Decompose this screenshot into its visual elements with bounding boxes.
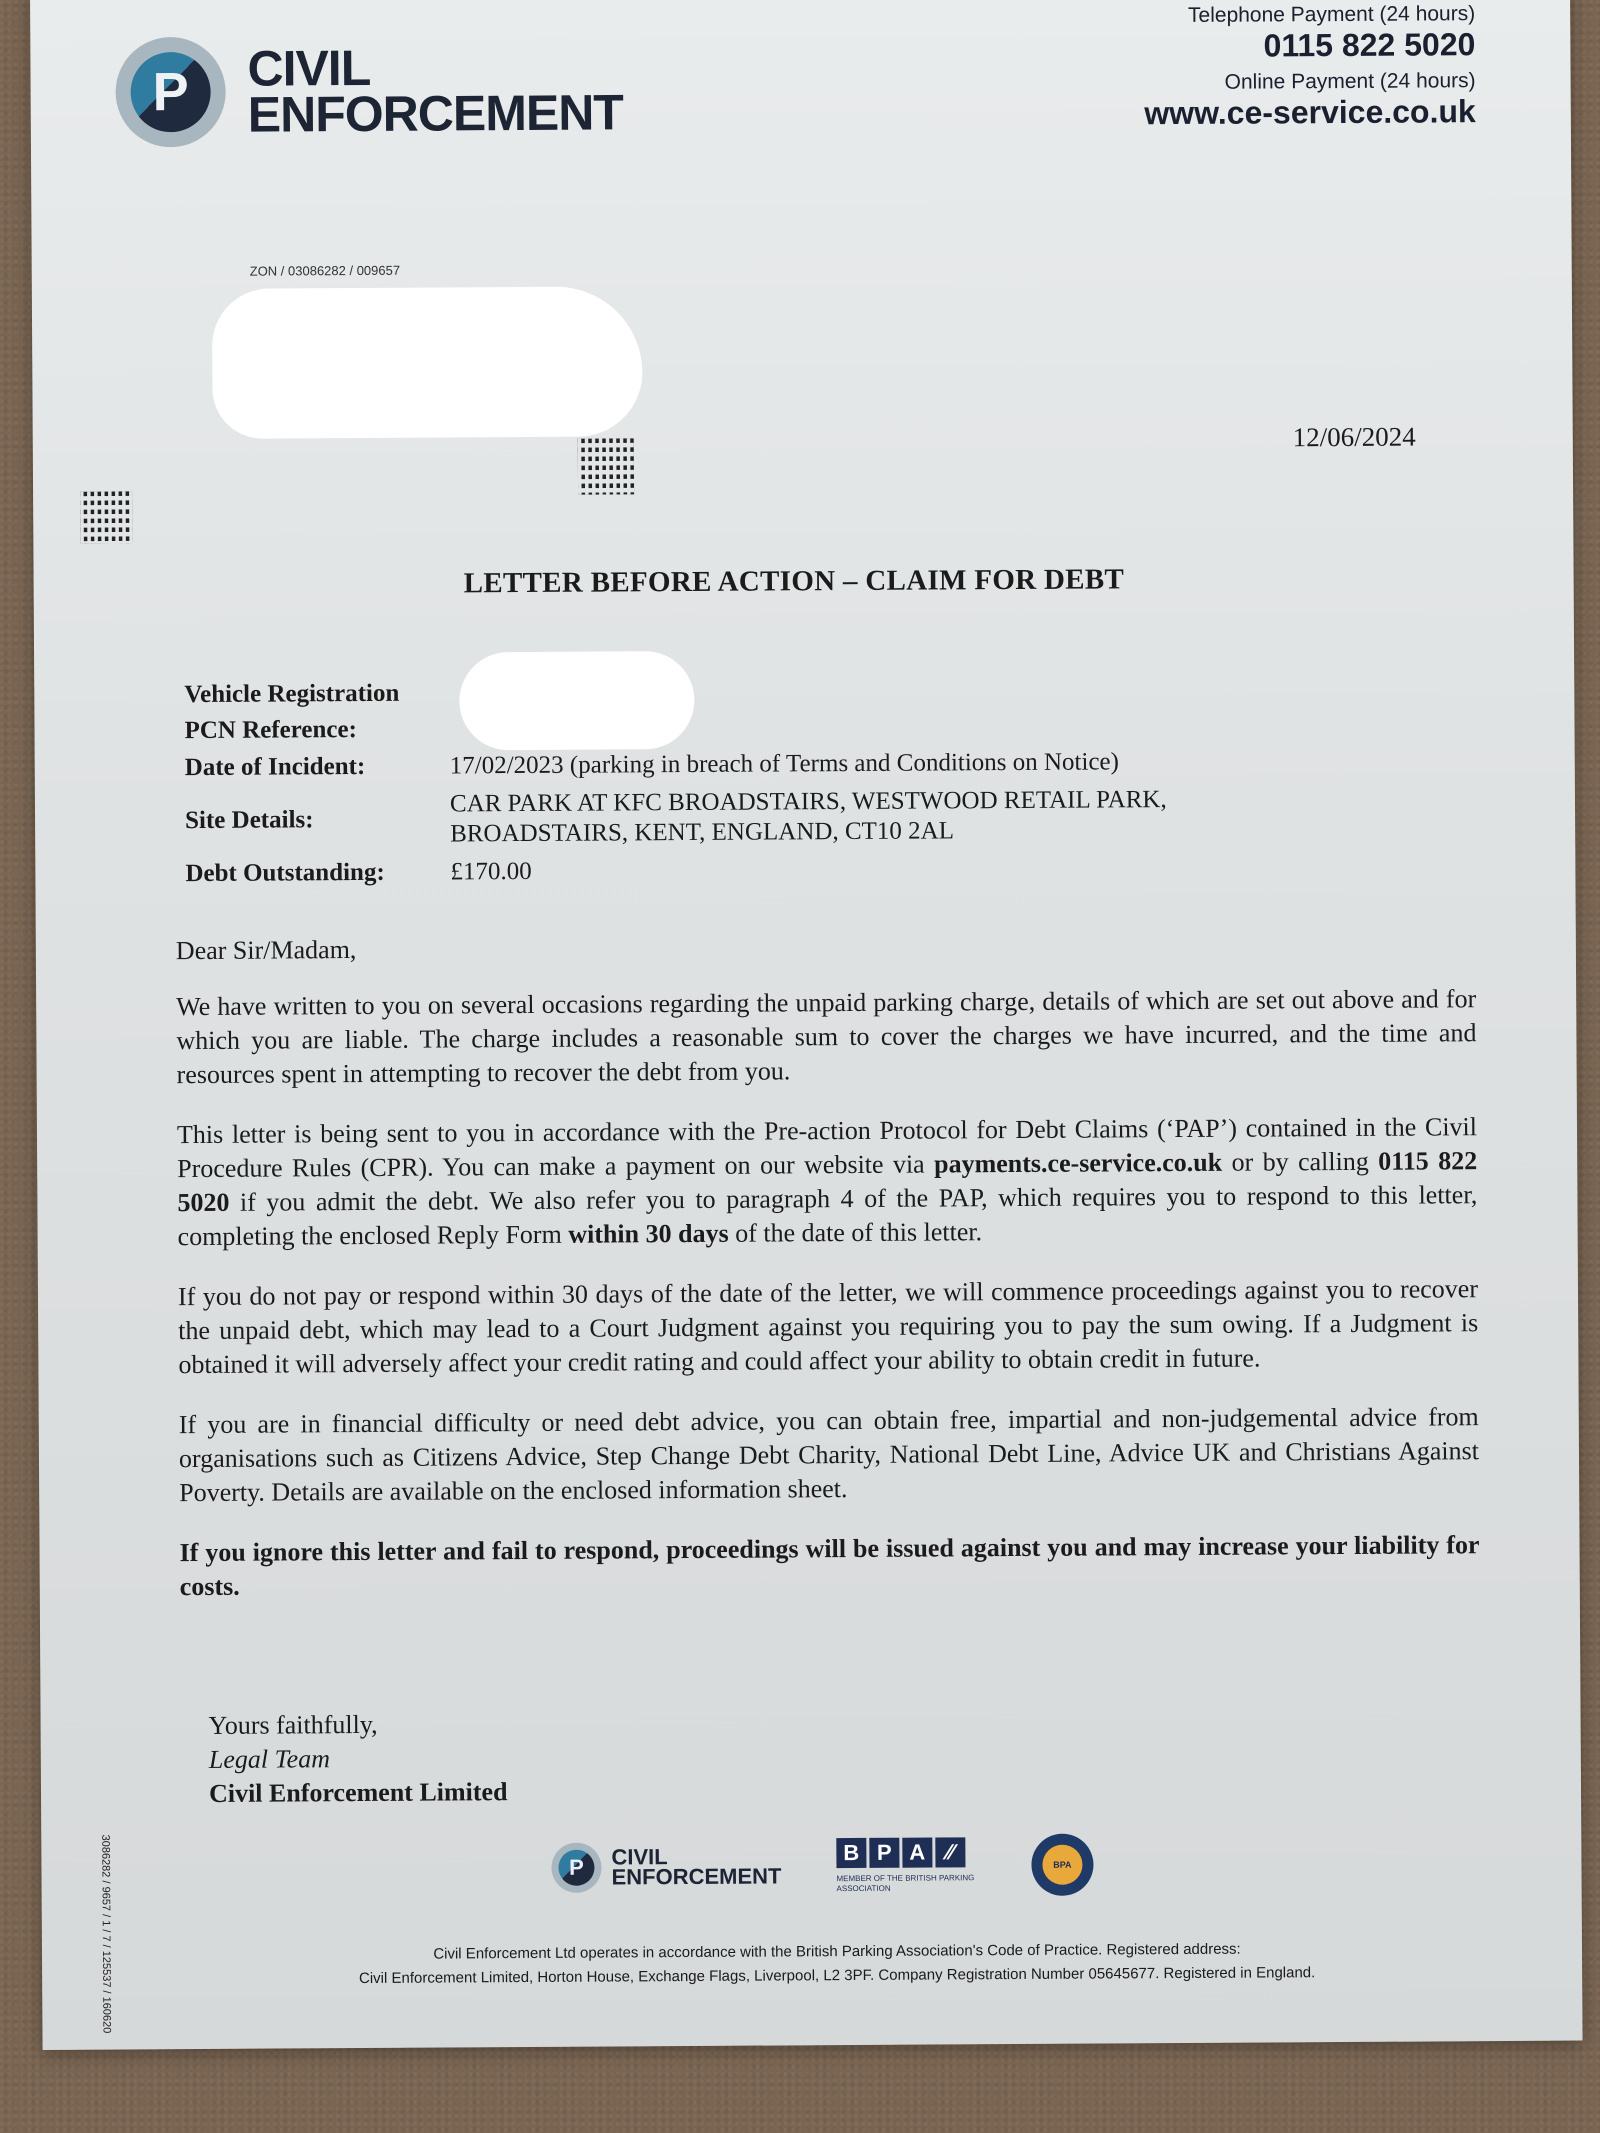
online-payment-label: Online Payment (24 hours) — [1144, 69, 1476, 95]
parking-p-icon: P — [551, 1843, 601, 1893]
side-print-code: 3086282 / 9657 / 1 / 7 / 125537 / 160620 — [99, 1835, 112, 2034]
logo-wordmark: CIVIL ENFORCEMENT — [247, 43, 623, 137]
bpa-member-logo: B P A ⁄⁄ MEMBER OF THE BRITISH PARKING A… — [836, 1837, 976, 1894]
approved-operator-badge-icon: BPA — [1031, 1834, 1093, 1896]
letter-title: LETTER BEFORE ACTION – CLAIM FOR DEBT — [464, 563, 1125, 600]
reference-code: ZON / 03086282 / 009657 — [250, 263, 400, 279]
telephone-number[interactable]: 0115 822 5020 — [1144, 26, 1476, 65]
road-icon: ⁄⁄ — [935, 1837, 965, 1867]
detail-row: Debt Outstanding:£170.00 — [185, 849, 1250, 894]
payment-contact-block: Telephone Payment (24 hours) 0115 822 50… — [1144, 0, 1476, 132]
website-link[interactable]: www.ce-service.co.uk — [1144, 93, 1476, 132]
case-details: Vehicle Registration PCN Reference: Date… — [184, 671, 1250, 894]
detail-row: Site Details:CAR PARK AT KFC BROADSTAIRS… — [185, 781, 1250, 856]
parking-p-icon: P — [115, 37, 226, 148]
paragraph-2: This letter is being sent to you in acco… — [177, 1110, 1478, 1254]
warning-paragraph: If you ignore this letter and fail to re… — [179, 1528, 1479, 1604]
signature-block: Yours faithfully, Legal Team Civil Enfor… — [209, 1707, 508, 1811]
datamatrix-barcode-icon — [80, 491, 132, 543]
datamatrix-barcode-icon — [578, 438, 634, 494]
payment-website-link[interactable]: payments.ce-service.co.uk — [934, 1148, 1222, 1179]
salutation: Dear Sir/Madam, — [176, 926, 1476, 968]
redacted-registration — [459, 651, 695, 750]
paragraph-3: If you do not pay or respond within 30 d… — [178, 1272, 1479, 1382]
legal-footer: Civil Enforcement Ltd operates in accord… — [212, 1936, 1462, 1992]
letter-date: 12/06/2024 — [1293, 422, 1416, 454]
footer-logos: P CIVIL ENFORCEMENT B P A ⁄⁄ MEMBER OF T… — [551, 1834, 1093, 1899]
civil-enforcement-logo: P CIVIL ENFORCEMENT — [115, 34, 623, 147]
letter-body: Dear Sir/Madam, We have written to you o… — [176, 926, 1480, 1630]
paragraph-1: We have written to you on several occasi… — [176, 982, 1477, 1092]
civil-enforcement-footer-logo: P CIVIL ENFORCEMENT — [551, 1841, 781, 1892]
detail-row: Date of Incident:17/02/2023 (parking in … — [185, 743, 1250, 788]
telephone-payment-label: Telephone Payment (24 hours) — [1144, 2, 1476, 28]
letter-page: P CIVIL ENFORCEMENT Telephone Payment (2… — [30, 0, 1583, 2050]
paragraph-4: If you are in financial difficulty or ne… — [179, 1400, 1480, 1510]
redacted-address — [212, 286, 643, 439]
